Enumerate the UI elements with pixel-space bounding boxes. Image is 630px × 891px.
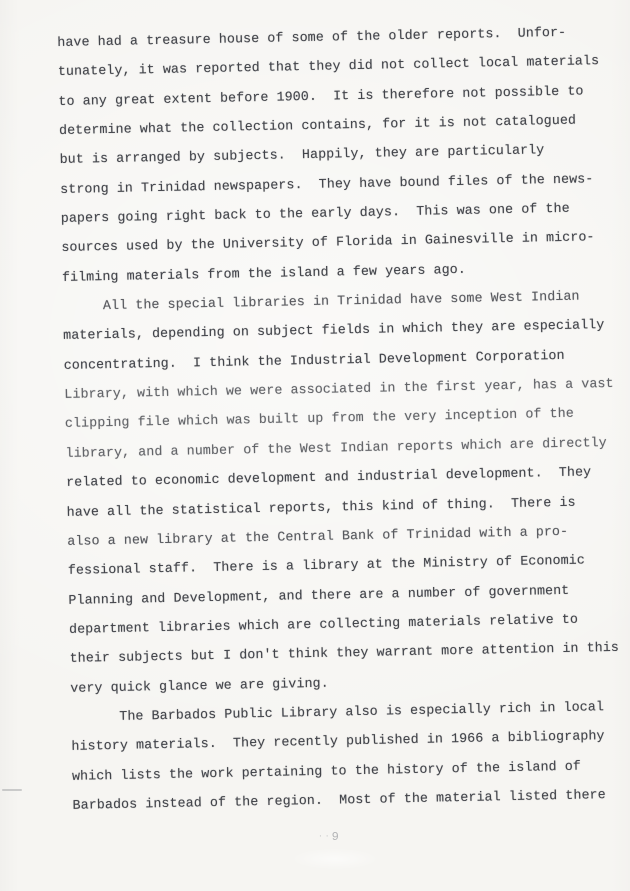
scanned-document-page: have had a treasure house of some of the… <box>0 0 630 891</box>
scan-artifact-smudge <box>290 848 380 870</box>
scan-artifact-specks: ·· <box>318 832 332 841</box>
page-number-value: 9 <box>332 830 341 844</box>
page-number: ··9 <box>318 830 341 844</box>
typewritten-text-block: have had a treasure house of some of the… <box>57 17 630 820</box>
scan-artifact-dash <box>2 789 22 791</box>
